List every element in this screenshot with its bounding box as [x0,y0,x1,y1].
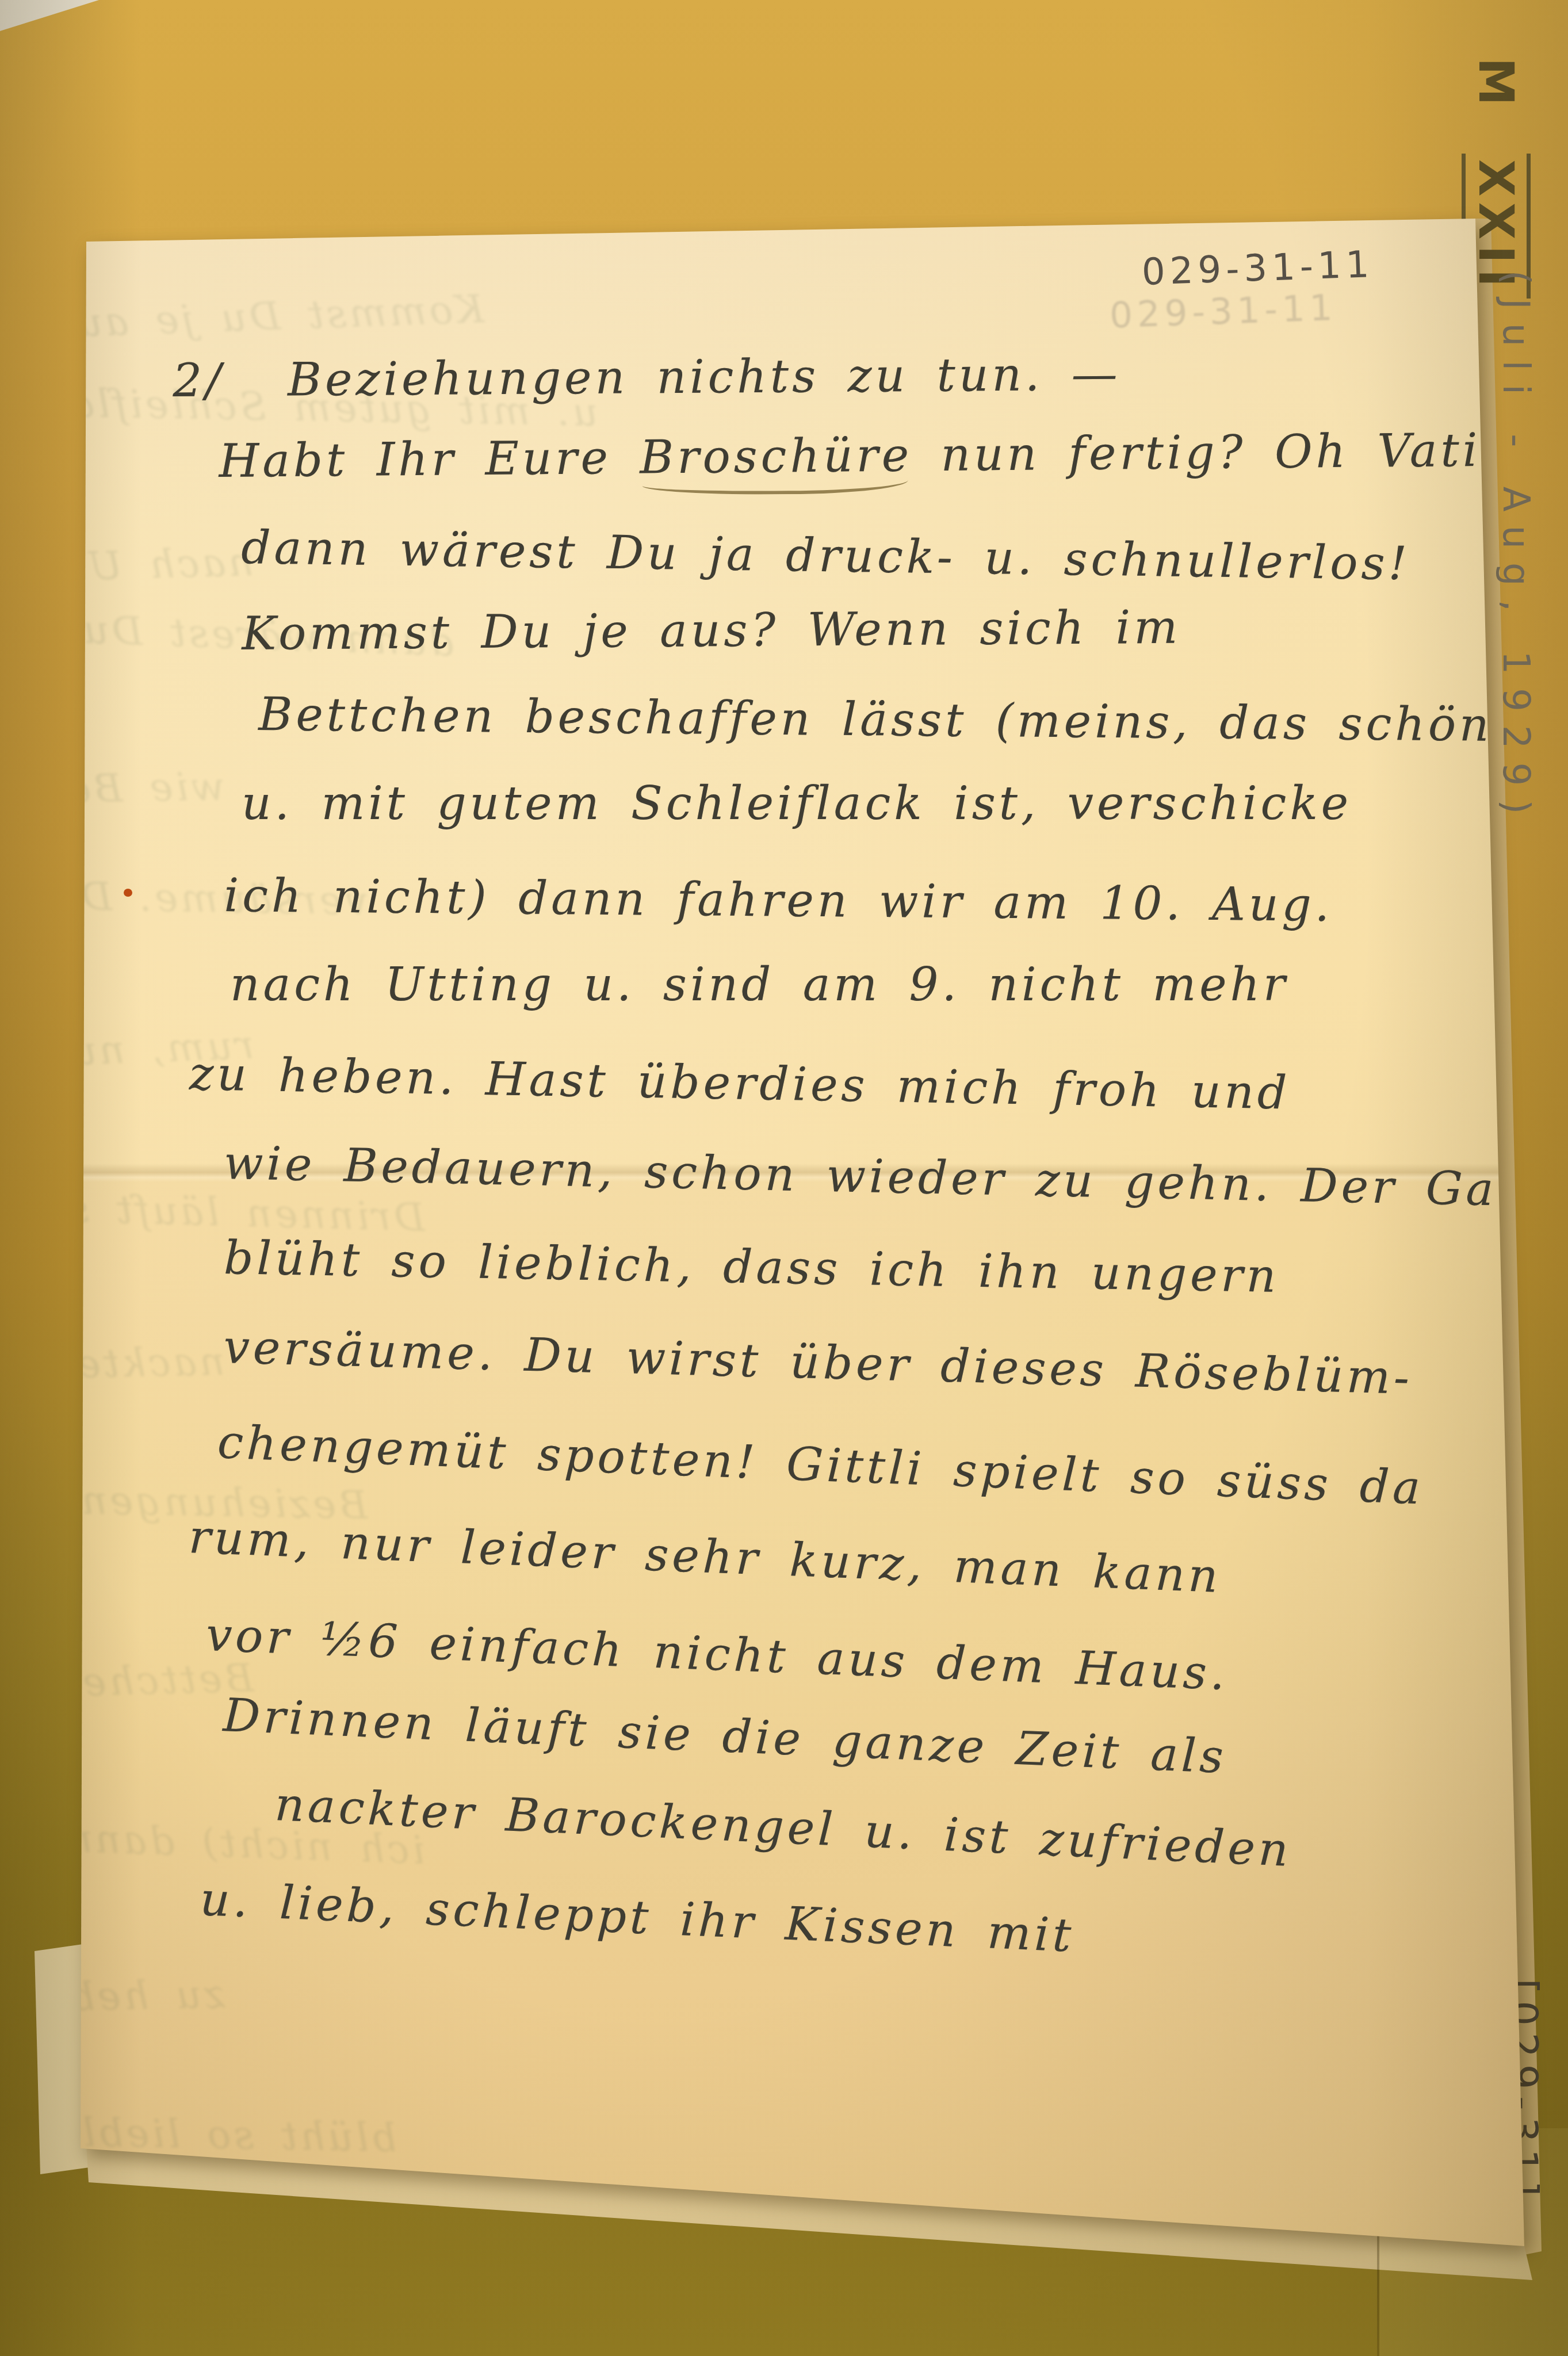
letter-line-5: Bettchen beschaffen lässt (meins, das sc… [258,687,1493,752]
paper-sliver-top-left [0,0,99,31]
letter-line-4: Kommst Du je aus? Wenn sich im [242,601,1181,660]
letter-line-9: zu heben. Hast überdies mich froh und [189,1047,1291,1119]
line-text: Bettchen beschaffen lässt (meins, das sc… [258,687,1493,752]
line-text: Kommst Du je aus? Wenn sich im [242,601,1181,660]
line-text: ich nicht) dann fahren wir am 10. Aug. [224,869,1333,932]
letter-line-6: u. mit gutem Schleiflack ist, verschicke [242,777,1352,830]
line-text: nun fertig? Oh Vati, [912,423,1499,482]
ghost-text: nach Utting u. sind am 9. nicht mehr [0,540,254,609]
page-marker: 2/ [173,353,225,407]
letter-line-7: ich nicht) dann fahren wir am 10. Aug. [224,869,1333,932]
line-text: Beziehungen nichts zu tun. — [288,347,1121,406]
ghost-text: Kommst Du je aus? Wenn sich im [0,286,485,359]
letter-line-2: Habt Ihr Eure Broschüre nun fertig? Oh V… [219,423,1499,488]
line-text: dann wärest Du ja druck- u. schnullerlos… [241,521,1411,590]
ghost-text: wie Bedauern, schon wieder zu gehn. Der … [0,764,225,830]
letter-page: Kommst Du je aus? Wenn sich imu. mit gut… [81,217,1524,2248]
letter-paper: Kommst Du je aus? Wenn sich imu. mit gut… [81,217,1524,2248]
underlined-word: Broschüre [640,428,912,484]
letter-line-3: dann wärest Du ja druck- u. schnullerlos… [241,521,1411,590]
page-number-annotation: 029-31-11 [1141,243,1375,294]
page-number-ghost: 029-31-11 [1109,287,1337,336]
red-ink-dot [124,889,132,897]
letter-line-1: 2/Beziehungen nichts zu tun. — [173,347,1121,407]
line-text: zu heben. Hast überdies mich froh und [189,1047,1291,1119]
line-text: Habt Ihr Eure [219,431,640,488]
archive-photo-scene: M XXII (Juli - Aug, 1929) [029-31] Komms… [0,0,1568,2356]
letter-line-8: nach Utting u. sind am 9. nicht mehr [230,958,1288,1011]
line-text: u. mit gutem Schleiflack ist, verschicke [242,777,1352,830]
line-text: nach Utting u. sind am 9. nicht mehr [230,958,1288,1011]
shelfmark-prefix: M [1468,58,1524,131]
